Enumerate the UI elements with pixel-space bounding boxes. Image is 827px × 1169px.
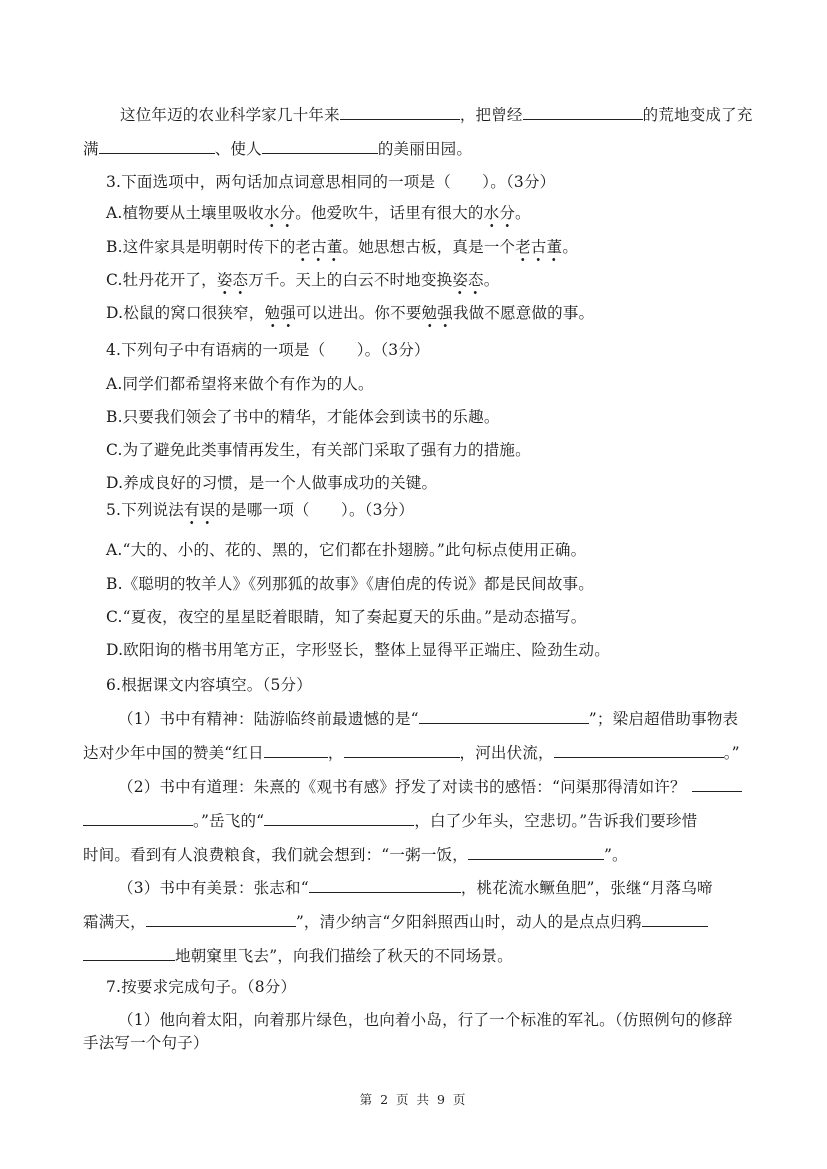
question-6-stem: 6.根据课文内容填空。（5分） [106, 675, 312, 695]
question-4-option-b: B.只要我们领会了书中的精华，才能体会到读书的乐趣。 [106, 407, 500, 427]
question-6-part1-line2: 达对少年中国的赞美“红日，，河出伏流，。” [83, 742, 740, 763]
text: 霜满天， [83, 913, 146, 931]
text: 。 [484, 271, 500, 289]
text: 的是哪一项（ ）。（3分） [215, 501, 414, 519]
text: 时间。看到有人浪费粮食，我们就会想到：“一粥一饭， [83, 846, 468, 864]
text: ，白了少年头，空悲切。”告诉我们要珍惜 [414, 812, 697, 830]
answer-blank[interactable] [554, 742, 724, 758]
emphasized-word: 有误 [184, 501, 215, 525]
answer-blank[interactable] [642, 911, 708, 927]
question-3-option-b: B.这件家具是明朝时传下的老古董。她思想古板，真是一个老古董。 [106, 237, 578, 257]
text: 我做不愿意做的事。 [453, 304, 594, 322]
intro-line-1: 这位年迈的农业科学家几十年来，把曾经的荒地变成了充 [120, 104, 753, 125]
question-4-stem: 4.下列句子中有语病的一项是（ ）。（3分） [106, 340, 430, 360]
question-4-option-c: C.为了避免此类事情再发生，有关部门采取了强有力的措施。 [106, 440, 531, 460]
answer-blank[interactable] [99, 138, 215, 154]
question-5-option-b: B.《聪明的牧羊人》《列那狐的故事》《唐伯虎的传说》都是民间故事。 [106, 574, 594, 594]
text: （3）书中有美景：张志和“ [118, 879, 309, 897]
text: 。 [562, 238, 578, 256]
text: 、使人 [215, 140, 262, 158]
text: 这位年迈的农业科学家几十年来 [120, 106, 340, 124]
text: D.松鼠的窝口很狭窄， [106, 304, 265, 322]
emphasized-word: 勉强 [422, 304, 453, 328]
emphasized-word: 老古董 [295, 238, 342, 262]
text: 5.下列说法 [106, 501, 184, 519]
text: 。她思想古板，真是一个 [343, 238, 516, 256]
question-5-stem: 5.下列说法有误的是哪一项（ ）。（3分） [106, 500, 414, 520]
text: 达对少年中国的赞美“红日 [83, 744, 264, 762]
question-4-option-d: D.养成良好的习惯，是一个人做事成功的关键。 [106, 473, 437, 493]
question-3-option-c: C.牡丹花开了，姿态万千。天上的白云不时地变换姿态。 [106, 270, 499, 290]
question-5-option-c: C.“夏夜，夜空的星星眨着眼睛，知了奏起夏天的乐曲。”是动态描写。 [106, 607, 586, 627]
answer-blank[interactable] [309, 877, 461, 893]
text: ”；梁启超借助事物表 [589, 710, 738, 728]
text: 的美丽田园。 [378, 140, 472, 158]
question-4-option-a: A.同学们都希望将来做个有作为的人。 [106, 374, 374, 394]
question-6-part3-line2: 霜满天，”，清少纳言“夕阳斜照西山时，动人的是点点归鸦 [83, 911, 708, 932]
answer-blank[interactable] [83, 945, 175, 961]
text: ， [328, 744, 344, 762]
answer-blank[interactable] [83, 810, 193, 826]
question-7-part1-line1: （1）他向着太阳，向着那片绿色，也向着小岛，行了一个标准的军礼。（仿照例句的修辞 [118, 1010, 733, 1030]
emphasized-word: 水分 [484, 204, 515, 228]
question-3-option-a: A.植物要从土壤里吸收水分。他爱吹牛，话里有很大的水分。 [106, 203, 531, 223]
text: ”，清少纳言“夕阳斜照西山时，动人的是点点归鸦 [296, 913, 642, 931]
text: C.牡丹花开了， [106, 271, 217, 289]
question-6-part3-line3: 地朝窠里飞去”，向我们描绘了秋天的不同场景。 [83, 945, 513, 966]
question-7-stem: 7.按要求完成句子。（8分） [106, 977, 296, 997]
text: 的荒地变成了充 [643, 106, 753, 124]
text: 可以进出。你不要 [296, 304, 422, 322]
question-6-part2-line1: （2）书中有道理：朱熹的《观书有感》抒发了对读书的感悟：“问渠那得清如许？ [118, 776, 742, 797]
emphasized-word: 老古董 [515, 238, 562, 262]
answer-blank[interactable] [692, 776, 742, 792]
question-6-part3-line1: （3）书中有美景：张志和“，桃花流水鳜鱼肥”，张继“月落乌啼 [118, 877, 713, 898]
answer-blank[interactable] [419, 708, 589, 724]
answer-blank[interactable] [262, 138, 378, 154]
text: ，把曾经 [460, 106, 523, 124]
question-3-option-d: D.松鼠的窝口很狭窄，勉强可以进出。你不要勉强我做不愿意做的事。 [106, 303, 594, 323]
question-5-option-d: D.欧阳询的楷书用笔方正，字形竖长，整体上显得平正端庄、险劲生动。 [106, 640, 610, 660]
text: ，河出伏流， [460, 744, 554, 762]
text: ”。 [604, 846, 628, 864]
text: 地朝窠里飞去”，向我们描绘了秋天的不同场景。 [175, 947, 513, 965]
text: 。” [724, 744, 740, 762]
answer-blank[interactable] [468, 844, 604, 860]
answer-blank[interactable] [340, 104, 460, 120]
text: A.植物要从土壤里吸收 [106, 204, 264, 222]
question-5-option-a: A.“大的、小的、花的、黑的，它们都在扑翅膀。”此句标点使用正确。 [106, 540, 586, 560]
text: 万千。天上的白云不时地变换 [248, 271, 452, 289]
text: （2）书中有道理：朱熹的《观书有感》抒发了对读书的感悟：“问渠那得清如许？ [118, 778, 686, 796]
answer-blank[interactable] [146, 911, 296, 927]
answer-blank[interactable] [264, 810, 414, 826]
intro-line-2: 满、使人的美丽田园。 [83, 138, 472, 159]
emphasized-word: 姿态 [217, 271, 248, 295]
page-footer: 第 2 页 共 9 页 [0, 1090, 827, 1108]
emphasized-word: 水分 [264, 204, 295, 228]
answer-blank[interactable] [344, 742, 460, 758]
dotted-word: 水分 [264, 204, 295, 228]
question-3-stem: 3.下面选项中，两句话加点词意思相同的一项是（ ）。（3分） [106, 172, 555, 192]
question-6-part2-line2: 。”岳飞的“，白了少年头，空悲切。”告诉我们要珍惜 [83, 810, 697, 831]
text: （1）书中有精神：陆游临终前最遗憾的是“ [118, 710, 419, 728]
question-6-part2-line3: 时间。看到有人浪费粮食，我们就会想到：“一粥一饭，”。 [83, 844, 628, 865]
answer-blank[interactable] [523, 104, 643, 120]
emphasized-word: 姿态 [452, 271, 483, 295]
text: 。他爱吹牛，话里有很大的 [295, 204, 483, 222]
text: 。 [515, 204, 531, 222]
text: ，桃花流水鳜鱼肥”，张继“月落乌啼 [461, 879, 713, 897]
text: B.这件家具是明朝时传下的 [106, 238, 295, 256]
question-7-part1-line2: 手法写一个句子） [83, 1033, 209, 1053]
question-6-part1-line1: （1）书中有精神：陆游临终前最遗憾的是“”；梁启超借助事物表 [118, 708, 738, 729]
answer-blank[interactable] [264, 742, 328, 758]
emphasized-word: 勉强 [265, 304, 296, 328]
text: 。”岳飞的“ [193, 812, 264, 830]
text: 满 [83, 140, 99, 158]
